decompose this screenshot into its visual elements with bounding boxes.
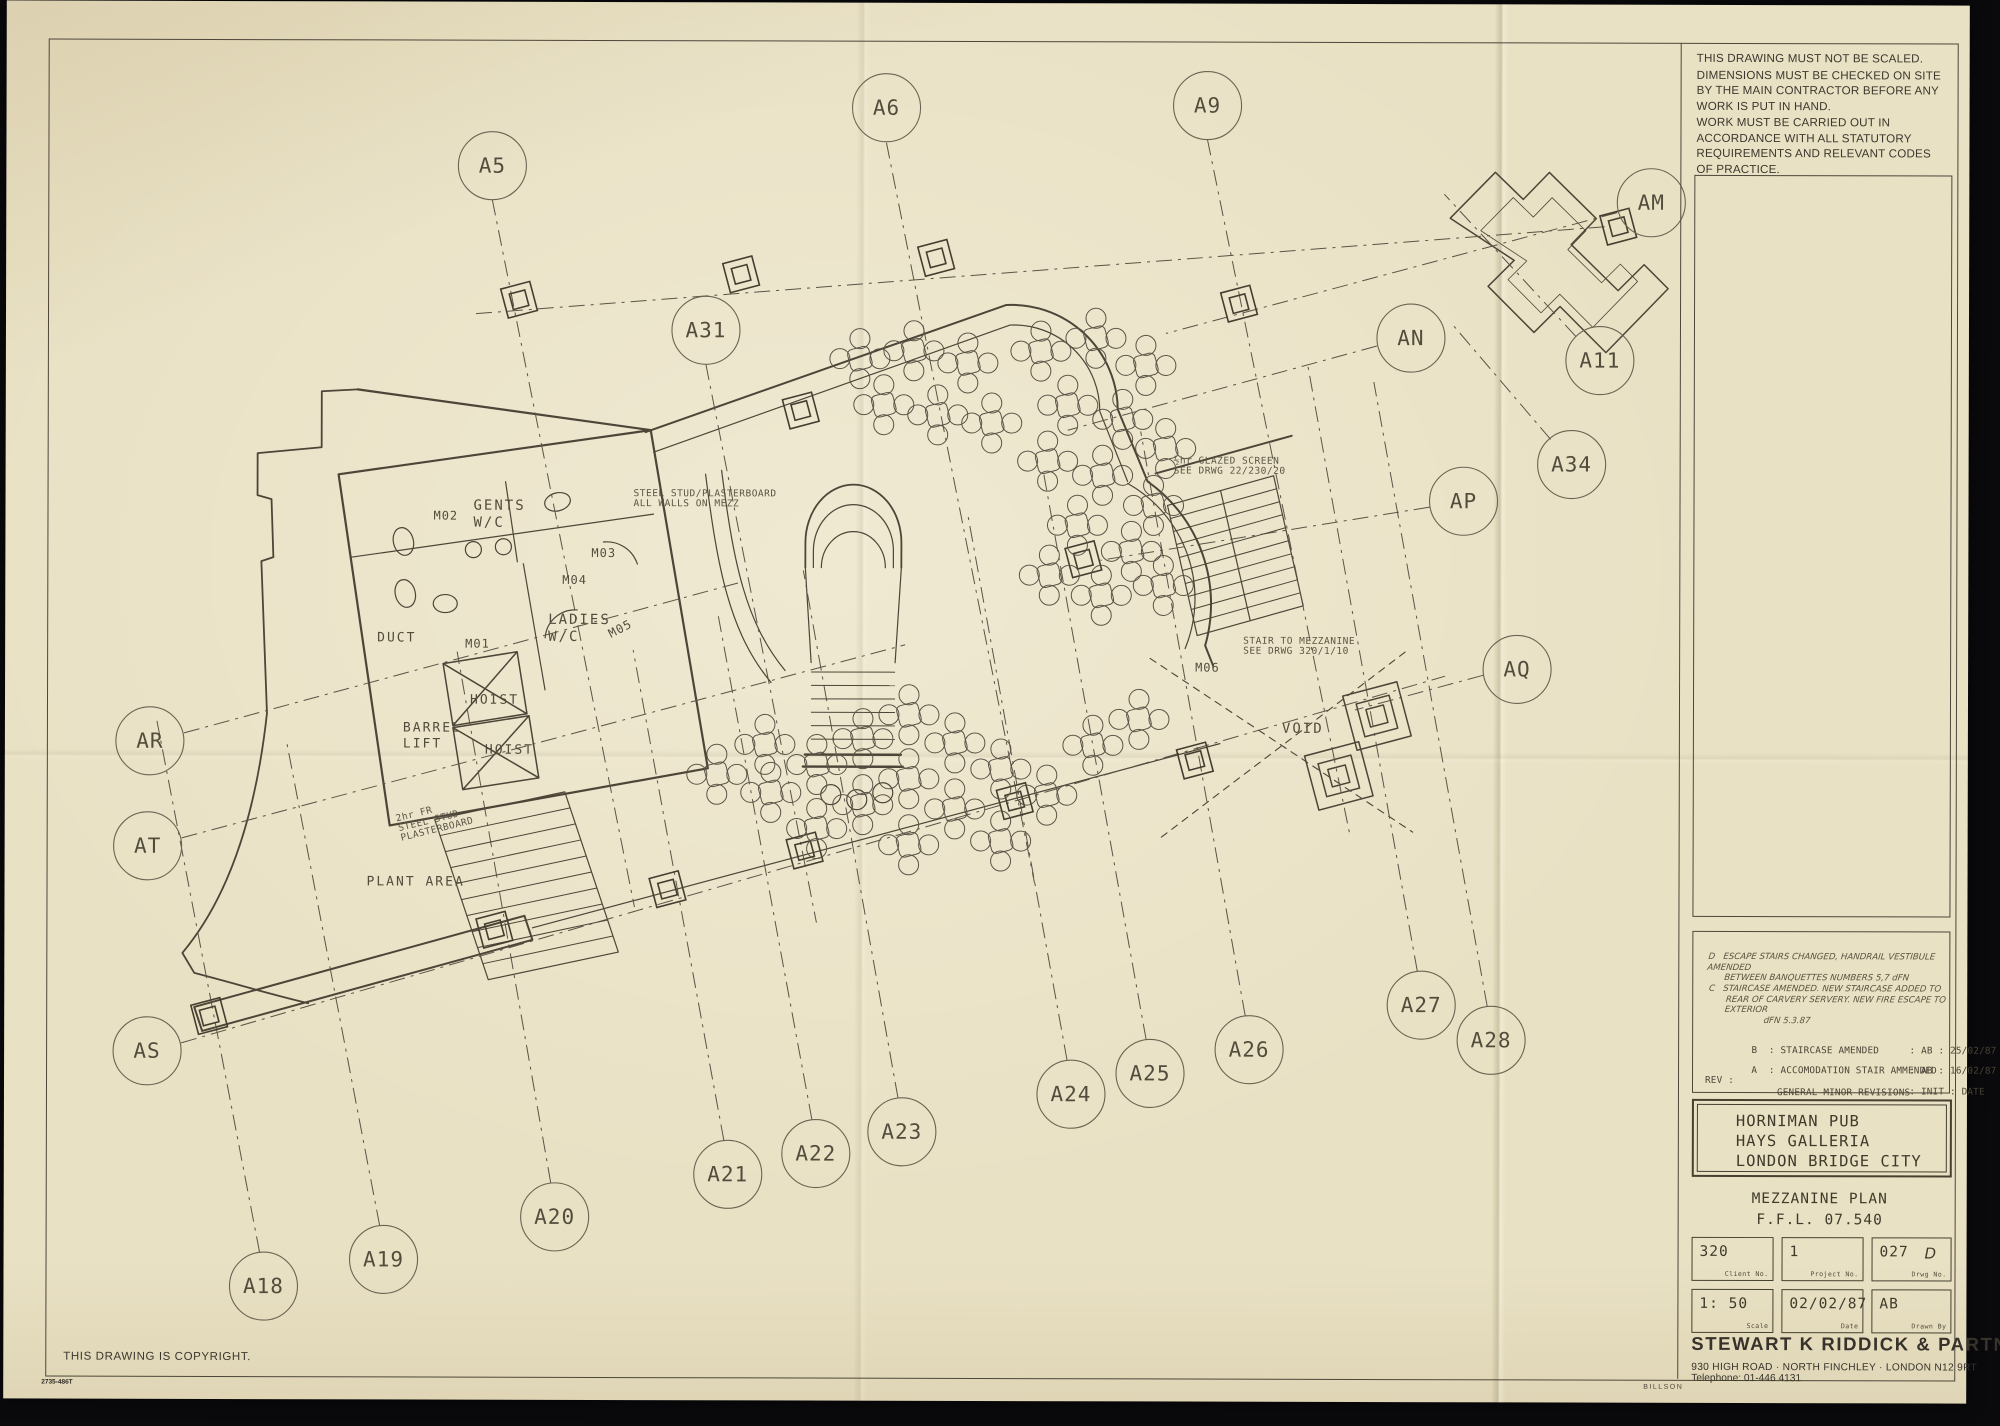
drwg-rev-letter: D (1925, 1244, 1937, 1262)
firm-name: STEWART K RIDDICK & PARTNERS (1691, 1333, 1951, 1356)
revision-block: D ESCAPE STAIRS CHANGED, HANDRAIL VESTIB… (1692, 931, 1950, 1094)
date-value: 02/02/87 (1789, 1296, 1867, 1312)
project-title-box: HORNIMAN PUB HAYS GALLERIA LONDON BRIDGE… (1692, 1099, 1952, 1178)
project-line: HORNIMAN PUB (1736, 1112, 1946, 1132)
revision-letter: C (1708, 984, 1715, 994)
revision-text: STAIRCASE AMENDED. NEW STAIRCASE ADDED T… (1723, 984, 1942, 995)
drwg-no-box: 027 D Drwg No. (1871, 1237, 1951, 1281)
date-label: Date (1841, 1322, 1859, 1330)
drwg-no-value: 027 (1880, 1244, 1909, 1260)
note-line: WORK MUST BE CARRIED OUT IN ACCORDANCE W… (1696, 115, 1950, 178)
drawn-by-box: AB Drawn By (1871, 1289, 1951, 1333)
revision-row-b-meta: : AB : 25/02/87 (1863, 1034, 1996, 1056)
project-line: HAYS GALLERIA (1736, 1132, 1946, 1152)
scale-label: Scale (1746, 1322, 1768, 1330)
revision-text: ESCAPE STAIRS CHANGED, HANDRAIL VESTIBUL… (1707, 952, 1936, 973)
revision-d: D ESCAPE STAIRS CHANGED, HANDRAIL VESTIB… (1706, 952, 1951, 985)
drawing-title: MEZZANINE PLAN F.F.L. 07.540 (1692, 1189, 1948, 1232)
note-line: DIMENSIONS MUST BE CHECKED ON SITE BY TH… (1697, 67, 1951, 114)
scale-box: 1: 50 Scale (1691, 1289, 1773, 1333)
drawing-border (45, 39, 1958, 1382)
revision-text: REAR OF CARVERY SERVERY. NEW FIRE ESCAPE… (1707, 995, 1946, 1006)
project-line: LONDON BRIDGE CITY (1736, 1152, 1946, 1172)
revision-text: dFN 5.3.87 (1705, 1016, 1811, 1026)
drawn-by-value: AB (1879, 1296, 1899, 1312)
architect-firm-block: STEWART K RIDDICK & PARTNERS 930 HIGH RO… (1691, 1333, 1951, 1385)
revision-letter: D (1708, 952, 1716, 962)
client-no-label: Client No. (1725, 1270, 1769, 1278)
drawn-by-label: Drawn By (1911, 1322, 1946, 1330)
scale-value: 1: 50 (1699, 1296, 1748, 1312)
client-no-box: 320 Client No. (1691, 1237, 1773, 1281)
revision-row-a-meta: : AB : 16/02/87 (1863, 1054, 1996, 1076)
project-no-label: Project No. (1810, 1270, 1858, 1278)
project-no-box: 1 Project No. (1781, 1237, 1863, 1281)
date-box: 02/02/87 Date (1781, 1289, 1863, 1333)
revision-text: BETWEEN BANQUETTES NUMBERS 5,7 dFN (1706, 973, 1910, 984)
photographed-drawing: A5A6A9AMA31ANA11A34APAQARATASA18A19A20A2… (0, 0, 2000, 1426)
notes-box (1692, 175, 1952, 918)
client-no-value: 320 (1700, 1244, 1729, 1260)
note-line: THIS DRAWING MUST NOT BE SCALED. (1697, 51, 1951, 67)
drawing-sheet: A5A6A9AMA31ANA11A34APAQARATASA18A19A20A2… (3, 0, 1970, 1403)
copyright-note: THIS DRAWING IS COPYRIGHT. (63, 1351, 251, 1363)
firm-address: 930 HIGH ROAD · NORTH FINCHLEY · LONDON … (1691, 1362, 1951, 1374)
revision-text: EXTERIOR (1706, 1005, 1768, 1015)
print-code-right: BILLSON (1643, 1384, 1683, 1391)
project-title: HORNIMAN PUB HAYS GALLERIA LONDON BRIDGE… (1697, 1104, 1947, 1173)
revision-footer-meta: : INIT : DATE (1863, 1075, 1985, 1097)
drawing-title-line: MEZZANINE PLAN (1692, 1189, 1948, 1211)
print-code-left: 2735-486T (41, 1379, 72, 1386)
drwg-no-label: Drwg No. (1912, 1270, 1947, 1278)
revision-c: C STAIRCASE AMENDED. NEW STAIRCASE ADDED… (1705, 984, 1948, 1028)
drawing-title-line: F.F.L. 07.540 (1692, 1210, 1948, 1232)
revision-footer: REV : (1705, 1075, 1734, 1086)
project-no-value: 1 (1790, 1244, 1800, 1260)
general-notes: THIS DRAWING MUST NOT BE SCALED. DIMENSI… (1696, 51, 1950, 179)
firm-phone: Telephone: 01-446 4131 (1691, 1373, 1951, 1385)
